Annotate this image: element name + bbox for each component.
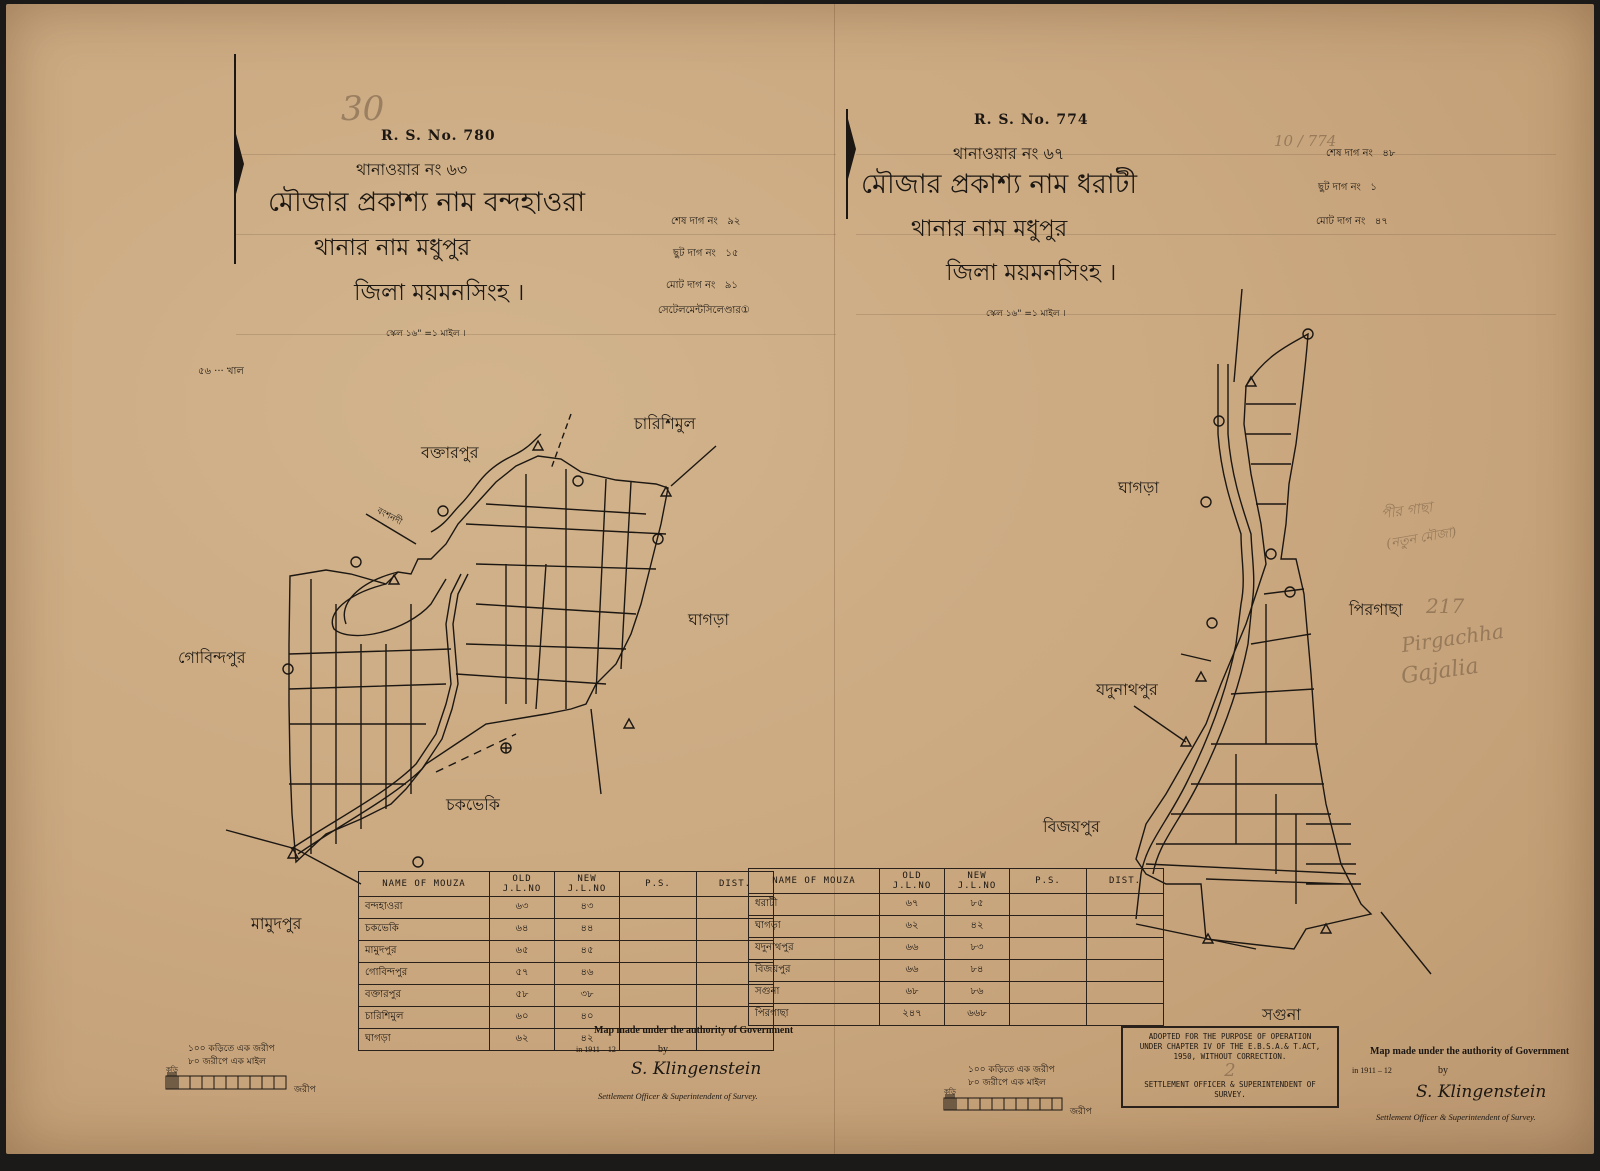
signature-caption: Settlement Officer & Superintendent of S… — [1376, 1112, 1536, 1122]
authority-year: in 1911 – 12 — [1352, 1066, 1392, 1075]
stamp-line: SURVEY. — [1126, 1090, 1334, 1100]
authority-line: Map made under the authority of Governme… — [594, 1025, 793, 1036]
scale-unit-end: জরীপ — [1070, 1104, 1092, 1119]
right-scale-bar — [6, 4, 1594, 1154]
signature: S. Klingenstein — [1416, 1082, 1546, 1102]
stamp-initials: 2 — [1126, 1062, 1334, 1080]
authority-line: Map made under the authority of Governme… — [1370, 1046, 1569, 1057]
signature-caption: Settlement Officer & Superintendent of S… — [598, 1091, 758, 1101]
map-sheet: 30 R. S. No. 780 থানাওয়ার নং ৬৩ মৌজার প… — [6, 4, 1594, 1154]
signature: S. Klingenstein — [631, 1059, 761, 1079]
adoption-stamp: ADOPTED FOR THE PURPOSE OF OPERATION UND… — [1121, 1026, 1339, 1108]
authority-by: by — [1438, 1065, 1448, 1076]
stamp-line: SETTLEMENT OFFICER & SUPERINTENDENT OF — [1126, 1080, 1334, 1090]
authority-year: in 1911 – 12 — [576, 1045, 616, 1054]
stamp-line: ADOPTED FOR THE PURPOSE OF OPERATION — [1126, 1032, 1334, 1042]
authority-by: by — [658, 1044, 668, 1055]
stamp-line: UNDER CHAPTER IV OF THE E.B.S.A.& T.ACT, — [1126, 1042, 1334, 1052]
